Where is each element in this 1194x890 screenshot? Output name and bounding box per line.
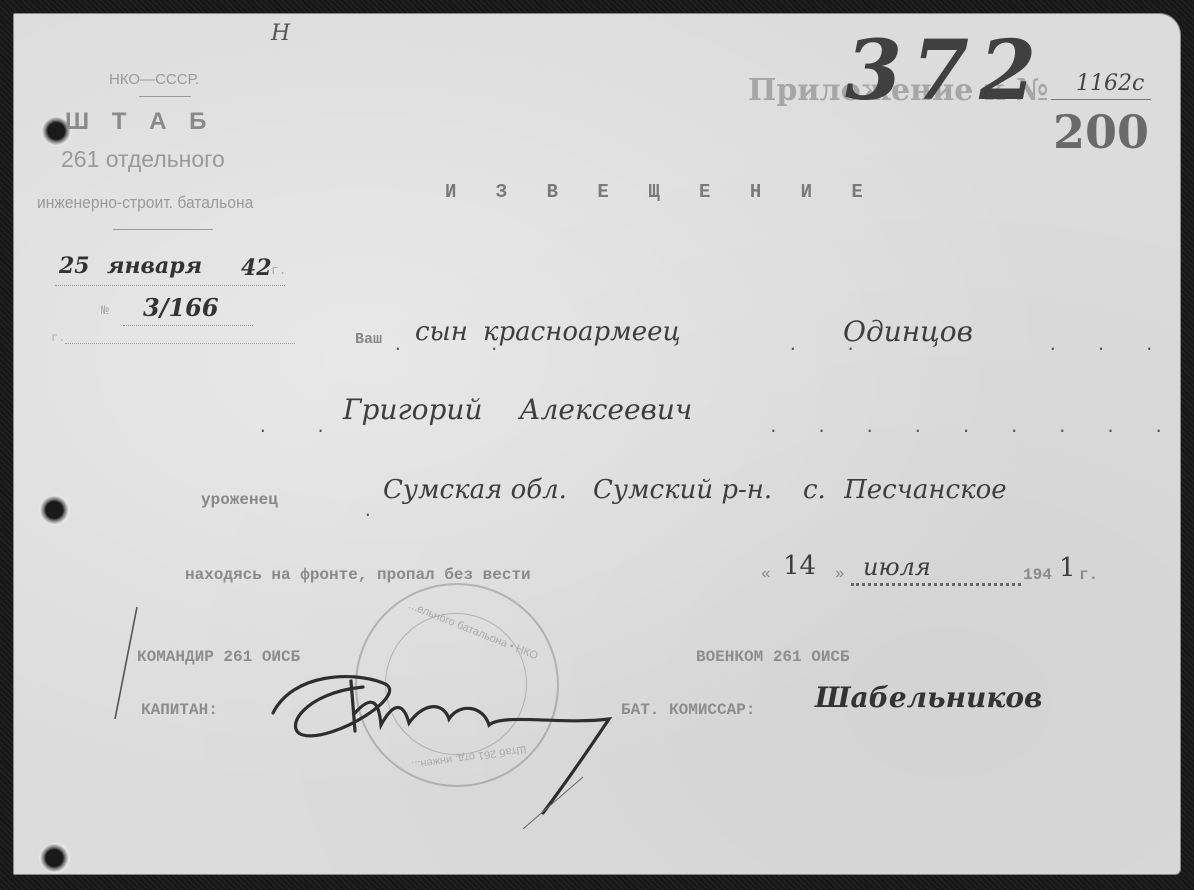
city-line bbox=[65, 343, 295, 344]
date-line bbox=[55, 285, 285, 286]
outgoing-number: 3/166 bbox=[143, 293, 219, 322]
corner-mark: Н bbox=[271, 21, 290, 46]
quote-close: » bbox=[835, 565, 845, 583]
date-year-suffix: г. bbox=[271, 263, 287, 278]
year-prefix: 194 bbox=[1023, 566, 1052, 584]
number-prefix: № bbox=[101, 303, 109, 318]
month-dotted-line bbox=[851, 583, 1021, 586]
missing-month-field: июля bbox=[863, 553, 931, 581]
quote-open: « bbox=[761, 565, 771, 583]
city-prefix: г. bbox=[51, 331, 65, 345]
number-line bbox=[123, 325, 253, 326]
addressee-label: Ваш bbox=[355, 331, 382, 348]
punch-hole-middle bbox=[39, 495, 73, 525]
appendix-sub-number: 200 bbox=[1053, 105, 1149, 159]
appendix-big-number: 372 bbox=[845, 23, 1046, 119]
stray-pencil-mark bbox=[513, 773, 593, 833]
year-suffix: г. bbox=[1079, 566, 1098, 584]
staff-title: Ш Т А Б bbox=[65, 108, 214, 136]
year-digit-field: 1 bbox=[1059, 553, 1076, 583]
date-year: 42 bbox=[241, 255, 272, 281]
document-title: И З В Е Щ Е Н И Е bbox=[445, 181, 877, 203]
unit-underline bbox=[113, 229, 213, 230]
unit-line-2: инженерно-строит. батальона bbox=[37, 193, 253, 213]
commander-rank: КАПИТАН: bbox=[141, 701, 218, 719]
date-month: января bbox=[107, 253, 202, 279]
document-sheet: Н НКО—СССР. Ш Т А Б 261 отдельного инжен… bbox=[13, 13, 1181, 875]
org-underline bbox=[139, 96, 191, 97]
appendix-ref-number: 1162с bbox=[1076, 71, 1144, 96]
unit-line-1: 261 отдельного bbox=[61, 146, 225, 173]
commissar-signature: Шабельников bbox=[815, 681, 1042, 714]
appendix-ref-underline bbox=[1051, 99, 1151, 100]
punch-hole-bottom bbox=[39, 843, 73, 873]
date-day: 25 bbox=[59, 253, 90, 279]
org-line: НКО—СССР. bbox=[109, 71, 199, 88]
line-2-dots: . . . . . . . . . . . . . bbox=[258, 417, 1194, 436]
line-3-dots: . . . bbox=[363, 501, 1194, 520]
commissar-rank: БАТ. КОМИССАР: bbox=[621, 701, 755, 719]
missing-statement: находясь на фронте, пропал без вести bbox=[185, 566, 531, 584]
commissar-title: ВОЕНКОМ 261 ОИСБ bbox=[696, 648, 850, 666]
birthplace-label: уроженец bbox=[201, 491, 278, 509]
line-1-dots: . . . . . . . . bbox=[393, 335, 1194, 354]
missing-day-field: 14 bbox=[783, 551, 816, 581]
